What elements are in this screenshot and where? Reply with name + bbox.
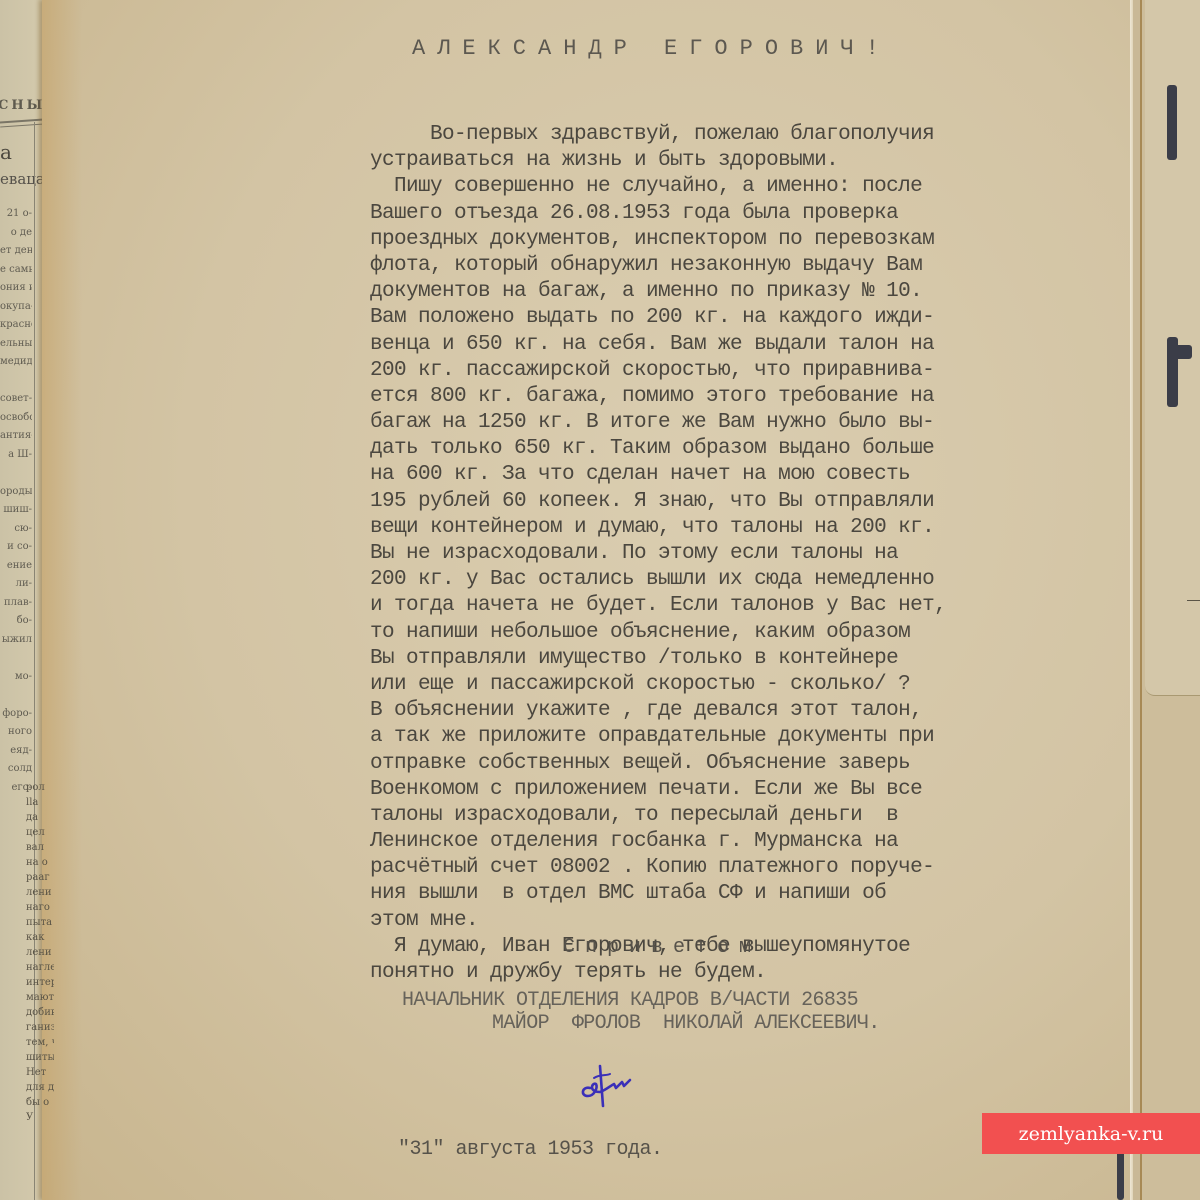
signature-title: НАЧАЛЬНИК ОТДЕЛЕНИЯ КАДРОВ В/ЧАСТИ 26835: [402, 989, 858, 1012]
body-line: или еще и пассажирской скоростью - сколь…: [370, 672, 1130, 698]
signature-name: МАЙОР ФРОЛОВ НИКОЛАЙ АЛЕКСЕЕВИЧ.: [492, 1012, 880, 1035]
body-line: вещи контейнером и думаю, что талоны на …: [370, 515, 1130, 541]
letter-body: Во-первых здравствуй, пожелаю благополуч…: [370, 122, 1130, 986]
body-line: флота, который обнаружил незаконную выда…: [370, 253, 1130, 279]
body-line: расчётный счет 08002 . Копию платежного …: [370, 855, 1130, 881]
body-line: Пишу совершенно не случайно, а именно: п…: [370, 174, 1130, 200]
letter-closing: Сприветом: [563, 936, 761, 959]
letter-greeting: АЛЕКСАНДР ЕГОРОВИЧ!: [412, 36, 891, 61]
handwritten-signature-icon: [576, 1060, 636, 1110]
body-line: Военкомом с приложением печати. Если же …: [370, 777, 1130, 803]
body-line: проездных документов, инспектором по пер…: [370, 227, 1130, 253]
body-line: и тогда начета не будет. Если талонов у …: [370, 593, 1130, 619]
watermark-badge[interactable]: zemlyanka-v.ru: [982, 1113, 1200, 1154]
body-line: Вы не израсходовали. По этому если талон…: [370, 541, 1130, 567]
body-line: Вам положено выдать по 200 кг. на каждог…: [370, 305, 1130, 331]
body-line: документов на багаж, а именно по приказу…: [370, 279, 1130, 305]
body-line: 200 кг. у Вас остались вышли их сюда нем…: [370, 567, 1130, 593]
body-line: дать только 650 кг. Таким образом выдано…: [370, 436, 1130, 462]
body-line: Вашего отъезда 26.08.1953 года была пров…: [370, 201, 1130, 227]
body-line: Вы отправляли имущество /только в контей…: [370, 646, 1130, 672]
body-line: В объяснении укажите , где девался этот …: [370, 698, 1130, 724]
body-line: то напиши небольшое объяснение, каким об…: [370, 620, 1130, 646]
body-line: этом мне.: [370, 908, 1130, 934]
body-line: Ленинское отделения госбанка г. Мурманск…: [370, 829, 1130, 855]
body-line: талоны израсходовали, то пересылай деньг…: [370, 803, 1130, 829]
body-line: на 600 кг. За что сделан начет на мою со…: [370, 462, 1130, 488]
body-line: багаж на 1250 кг. В итоге же Вам нужно б…: [370, 410, 1130, 436]
body-line: а так же приложите оправдательные докуме…: [370, 724, 1130, 750]
body-line: понятно и дружбу терять не будем.: [370, 960, 1130, 986]
body-line: устраиваться на жизнь и быть здоровыми.: [370, 148, 1130, 174]
body-line: 200 кг. пассажирской скоростью, что прир…: [370, 358, 1130, 384]
body-line: отправке собственных вещей. Объяснение з…: [370, 751, 1130, 777]
body-line: венца и 650 кг. на себя. Вам же выдали т…: [370, 332, 1130, 358]
body-line: ется 800 кг. багажа, помимо этого требов…: [370, 384, 1130, 410]
body-line: ния вышли в отдел ВМС штаба СФ и напиши …: [370, 881, 1130, 907]
letter-document: АЛЕКСАНДР ЕГОРОВИЧ! Во-первых здравствуй…: [0, 0, 1200, 1200]
watermark-text: zemlyanka-v.ru: [1019, 1123, 1164, 1145]
body-line: 195 рублей 60 копеек. Я знаю, что Вы отп…: [370, 489, 1130, 515]
body-line: Во-первых здравствуй, пожелаю благополуч…: [370, 122, 1130, 148]
letter-date: "31" августа 1953 года.: [398, 1138, 663, 1161]
